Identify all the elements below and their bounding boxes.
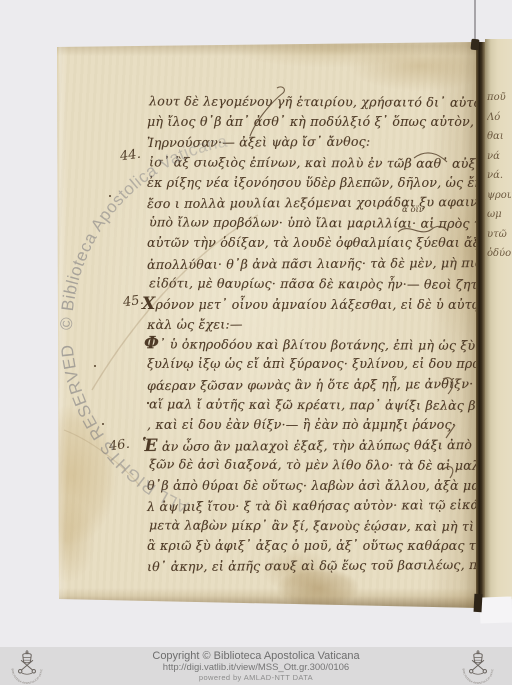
- facing-page-fragment: υτῶ: [487, 225, 511, 245]
- margin-chapter-number-46: 46.: [108, 437, 131, 455]
- facing-page-fragment: ωμ: [487, 205, 511, 225]
- manuscript-line: ξυλίνῳ ἰξῳ ὡς εἴ ἀπὶ ξύρανος· ξυλίνου, ε…: [147, 354, 469, 374]
- manuscript-line: ἰσ᾽ ἂξ σιωξιὸς ἐπίνων, καὶ πολὺ ἐν τῶβ α…: [149, 152, 469, 174]
- manuscript-line: λ ἀψ μιξ ἴτου· ξ τὰ δὶ καθήσας αὐτὸν· κα…: [147, 495, 469, 517]
- binding-gutter-shadow: [476, 42, 485, 610]
- manuscript-line: ξῶν δὲ ἀσὶ διαξονά, τὸ μὲν λίθο δλο· τὰ …: [149, 455, 469, 477]
- facing-page-fragment: Λό: [487, 108, 511, 128]
- manuscript-line: ὑπὸ ἴλων προβόλων· ὑπὸ ἴλαι μαριλλίαι· α…: [149, 212, 469, 234]
- bookmark-thread-end: [470, 39, 479, 51]
- manuscript-line: μὴ ἴλος θ᾽β ἀπ᾽ ἀσθ᾽ κὴ ποδύλξιό ξ᾽ ὅπως…: [147, 112, 469, 132]
- bookmark-thread: [474, 0, 476, 44]
- manuscript-text-block: λουτ δὲ λεγομένου γῆ ἑταιρίου, χρήσαιτό …: [147, 92, 469, 577]
- facing-page-fragment: θαι: [487, 127, 511, 147]
- facing-page-bottom-corner: [480, 596, 512, 623]
- manuscript-line: Χρόνον μετ᾽ οἶνου ἀμναίου λάξεσθαι, εἰ δ…: [147, 294, 469, 314]
- manuscript-line: θ᾽β ἀπὸ θύραι δὲ οὕτως· λαβὼν ἀσὶ ἄλλου,…: [147, 476, 469, 496]
- manuscript-line: Ἰηρνούσαν·— ἀξεὶ ψὰρ ἴσ᾽ ἄνθος:: [147, 131, 469, 153]
- vatican-library-seal-icon: BIBLIOTECA APOSTOLICA VATICANA: [457, 650, 499, 684]
- facing-page-text-fragments: ποῦΛόθαινάνά.ψρουωμυτῶὀδύο:: [487, 88, 511, 264]
- margin-chapter-number-45: 45.: [122, 293, 145, 311]
- manuscript-line: ἐκ ρίξης νέα ἰξονόησου ὕδὲρ βλεπῶν, δῆλο…: [147, 173, 469, 193]
- gutter-bottom-notch: [474, 594, 483, 612]
- manuscript-line: λουτ δὲ λεγομένου γῆ ἑταιρίου, χρήσαιτό …: [149, 91, 469, 113]
- manuscript-line: ἀπολλύθαι· θ᾽β ἀνὰ πᾶσι λιανῆς· τὰ δὲ μὲ…: [147, 253, 469, 275]
- footer-powered-by: powered by AMLAD-NTT DATA: [0, 673, 512, 682]
- facing-page-fragment: νά: [487, 147, 511, 167]
- facing-page-fragment: ποῦ: [487, 88, 511, 108]
- facing-page-fragment: νά.: [487, 166, 511, 186]
- vatican-library-seal-icon: BIBLIOTECA APOSTOLICA VATICANA: [6, 650, 48, 684]
- manuscript-line: κὰλ ὡς ἔχει:—: [147, 313, 469, 335]
- manuscript-line: ἃ κριῶ ξὺ ἀφιξ᾽ ἀξας ὁ μοῦ, ἀξ᾽ οὕτως κα…: [147, 536, 469, 556]
- manuscript-line: αἵ μαλ ἴ αὐτῆς καὶ ξῶ κρέατι, παρ᾽ ἀψίξι…: [149, 394, 469, 416]
- facing-page-fragment: ὀδύο:: [487, 244, 511, 264]
- interlinear-note: ἄ ὅϊν: [402, 205, 424, 215]
- manuscript-line: φάεραν ξῶσαν φωνὰς ἂν ἡ ὅτε ἀρξ ηᾗ, με ἀ…: [147, 374, 469, 396]
- footer-copyright: Copyright © Biblioteca Apostolica Vatica…: [0, 650, 512, 662]
- digitized-manuscript-view: λουτ δὲ λεγομένου γῆ ἑταιρίου, χρήσαιτό …: [0, 0, 512, 685]
- facing-page-fragment: ψρου: [487, 186, 511, 206]
- manuscript-line: ιθ᾽ ἀκην, εἰ ἀπῆς σαυξ αὶ δῷ ἕως τοῦ βασ…: [147, 555, 469, 577]
- margin-chapter-number-44: 44.: [119, 147, 142, 165]
- manuscript-line: εἰδότι, μὲ θαυρίως· πᾶσα δὲ καιρὸς ἦν·— …: [149, 273, 469, 295]
- manuscript-line: αὐτῶν τὴν ὁδίξαν, τὰ λουδὲ ὀφθαλμίαις ξύ…: [147, 233, 469, 253]
- manuscript-line: Φ᾽ ὑ ὀκηροδόου καὶ βλίτου βοτάνης, ἐπὶ μ…: [149, 334, 469, 356]
- footer-bar: Copyright © Biblioteca Apostolica Vatica…: [0, 647, 512, 685]
- footer-url: http://digi.vatlib.it/view/MSS_Ott.gr.30…: [0, 662, 512, 673]
- manuscript-line: μετὰ λαβὼν μίκρ᾽ ἂν ξί, ξανοὺς ἑῴσαν, κα…: [149, 515, 469, 537]
- manuscript-line: , καὶ εἰ δου ἐὰν θίξν·— ἢ ἐὰν πὸ ἀμμηξι …: [147, 415, 469, 435]
- manuscript-line: Ἑ ἀν ὦσο ἂν μαλαχοὶ ἐξαξ, τὴν ἀλύπως θάξ…: [147, 434, 469, 456]
